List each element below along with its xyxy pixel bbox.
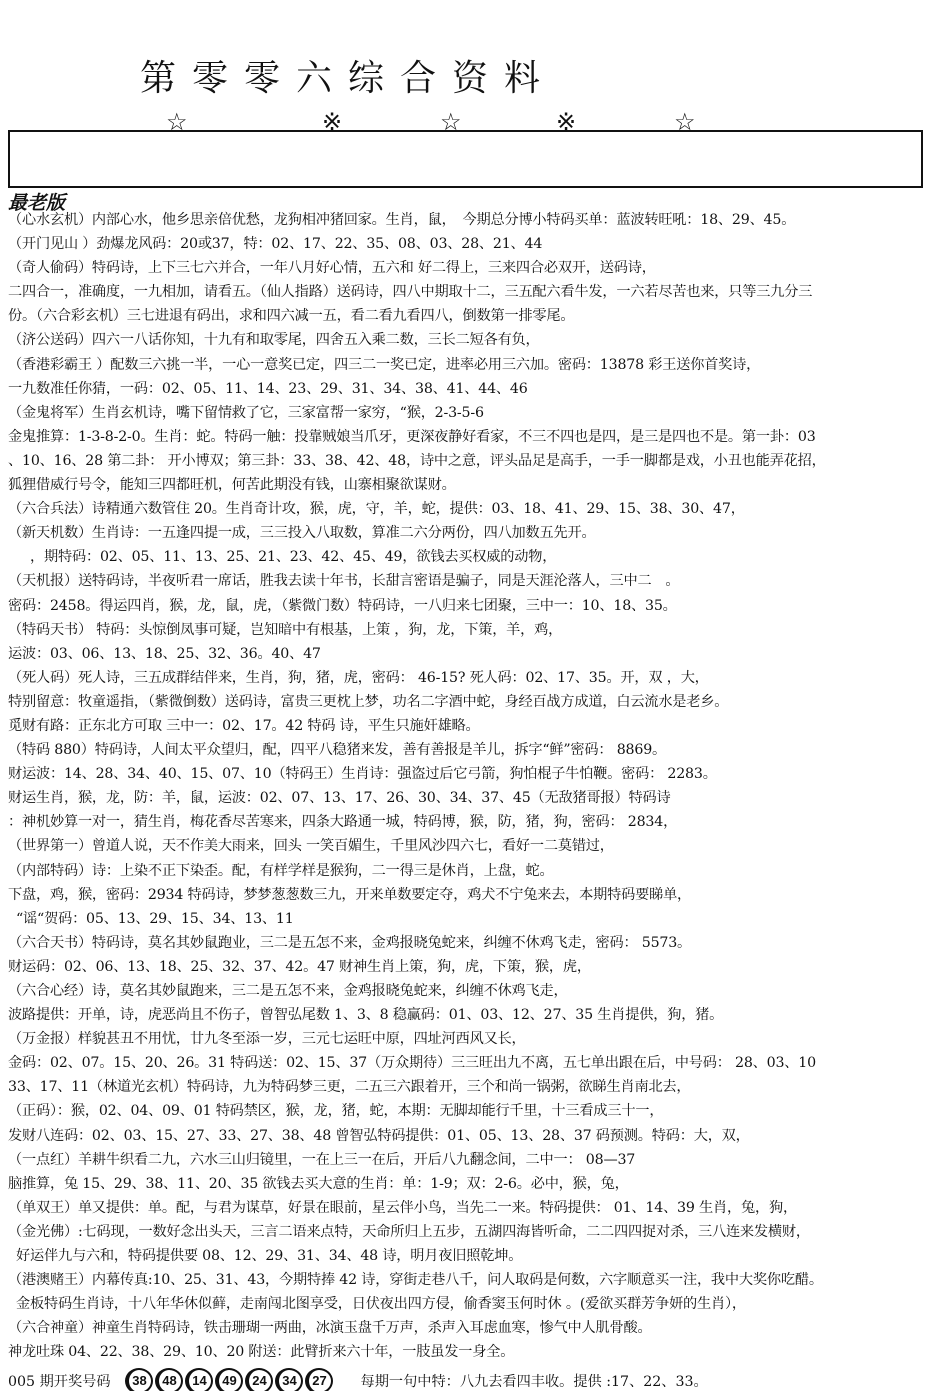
text-line: （济公送码）四六一八话你知，十九有和取零尾，四舍五入乘二数，三长二短各有负，: [8, 328, 923, 352]
text-line: 密码：2458。得运四肖，猴，龙，鼠，虎，（紫微门数）特码诗，一八归来七团聚，三…: [8, 594, 923, 618]
text-line: ：神机妙算一对一，猜生肖，梅花香尽苦寒来，四条大路通一城，特码博，猴，防，猪，狗…: [8, 810, 923, 834]
number-ball: 38: [125, 1368, 153, 1391]
text-line: （香港彩霸王 ）配数三六挑一半，一心一意奖已定，四三二一奖已定，进率必用三六加。…: [8, 353, 923, 377]
text-line: （开门见山 ）劲爆龙风码：20或37，特：02、17、22、35、08、03、2…: [8, 232, 923, 256]
text-line: （新天机数）生肖诗：一五逢四提一成，三三投入八取数，算准二六分两份，四八加数五先…: [8, 521, 923, 545]
text-line: （奇人偷码）特码诗，上下三七六并合，一年八月好心情，五六和 好二得上，三来四合必…: [8, 256, 923, 280]
text-line: （单双王）单又提供：单。配，与君为谋草，好景在眼前，星云伴小鸟，当先二一来。特码…: [8, 1196, 923, 1220]
draw-tail-text: 每期一句中特：八九去看四丰收。提供 :17、22、33。: [361, 1371, 708, 1391]
text-line: （特码天书） 特码：头惊倒凤事可疑，岂知暗中有根基，上策 ，狗，龙，下策，羊，鸡…: [8, 618, 923, 642]
text-line: （特码 880）特码诗，人间太平众望归，配，四平八稳猪来发，善有善报是羊儿，拆字…: [8, 738, 923, 762]
text-line: （内部特码）诗：上染不正下染歪。配，有样学样是猴狗，二一得三是休肖，上盘，蛇。: [8, 859, 923, 883]
text-line: （万金报）样貌甚丑不用忧，廿九冬至添一岁，三元七运旺中原，四址河西风又长，: [8, 1027, 923, 1051]
text-line: 运波：03、06、13、18、25、32、36。40、47: [8, 642, 923, 666]
text-line: （世界第一）曾道人说，天不作美大雨来，回头 一笑百媚生，千里风沙四六七，看好一二…: [8, 834, 923, 858]
text-line: 财运波：14、28、34、40、15、07、10（特码王）生肖诗：强盗过后它弓箭…: [8, 762, 923, 786]
text-line: （港澳赌王）内幕传真:10、25、31、43，今期特捧 42 诗，穿街走巷八千，…: [8, 1268, 923, 1292]
draw-results-row: 005 期开奖号码 38 48 14 49 24 34 27 每期一句中特：八九…: [8, 1365, 923, 1391]
text-line: 发财八连码：02、03、15、27、33、27、38、48 曾智弘特码提供：01…: [8, 1124, 923, 1148]
text-line: （死人码）死人诗，三五成群结伴来，生肖，狗，猪，虎，密码： 46-15? 死人码…: [8, 666, 923, 690]
text-line: 二四合一，准确度，一九相加，请看五。（仙人指路）送码诗，四八中期取十二，三五配六…: [8, 280, 923, 304]
text-line: 份。（六合彩玄机）三七进退有码出，求和四六减一五，看二看九看四八，倒数第一排零尾…: [8, 304, 923, 328]
text-line: 金码：02、07。15、20、26。31 特码送：02、15、37（万众期待）三…: [8, 1051, 923, 1075]
text-line: 脑推算，兔 15、29、38、11、20、35 欲钱去买大意的生肖：单：1-9；…: [8, 1172, 923, 1196]
text-line: 、10、16、28 第二卦： 开小博双；第三卦：33、38、42、48，诗中之意…: [8, 449, 923, 473]
text-line: “谣“贺码：05、13、29、15、34、13、11: [8, 907, 923, 931]
text-line: 神龙吐珠 04、22、38、29、10、20 附送：此臂折来六十年，一肢虽发一身…: [8, 1340, 923, 1364]
number-ball: 24: [245, 1368, 273, 1391]
text-line: （金鬼将军）生肖玄机诗，嘴下留情救了它，三家富帮一家穷，“猴，2-3-5-6: [8, 401, 923, 425]
text-line: 好运伴九与六和，特码提供要 08、12、29、31、34、48 诗，明月夜旧照乾…: [8, 1244, 923, 1268]
text-line: 下盘，鸡，猴，密码：2934 特码诗，梦梦葱葱数三九，开来单数要定夺，鸡犬不宁兔…: [8, 883, 923, 907]
text-line: （一点红）羊耕牛织看二九，六水三山归镜里，一在上三一在后，开后八九翻念间，二中一…: [8, 1148, 923, 1172]
text-line: （六合神童）神童生肖特码诗，铁击珊瑚一两曲，冰演玉盘千万声，杀声入耳虑血寒，惨气…: [8, 1316, 923, 1340]
text-line: 波路提供：开单，诗，虎恶尚且不伤子，曾智弘尾数 1、3、8 稳赢码：01、03、…: [8, 1003, 923, 1027]
text-line: 觅财有路：正东北方可取 三中一：02、17。42 特码 诗，平生只施奸雄略。: [8, 714, 923, 738]
special-number-ball: 27: [305, 1368, 333, 1391]
text-line: （天机报）送特码诗，半夜听君一席话，胜我去读十年书，长甜言密语是骗子，同是天涯沦…: [8, 569, 923, 593]
text-line: 金鬼推算：1-3-8-2-0。生肖：蛇。特码一触：投靠贼娘当爪牙，更深夜静好看家…: [8, 425, 923, 449]
text-line: （六合心经）诗，莫名其妙鼠跑来，三二是五怎不来，金鸡报晓兔蛇来，纠缠不休鸡飞走，: [8, 979, 923, 1003]
tips-body: （心水玄机）内部心水，他乡思亲倍优愁，龙狗相冲猪回家。生肖，鼠， 今期总分博小特…: [8, 208, 923, 1391]
text-line: （金光佛）:七码现，一数好念出头天，三言二语来点特，天命所归上五步，五湖四海皆听…: [8, 1220, 923, 1244]
text-line: 金板特码生肖诗，十八年华休似藓，走南闯北图享受，日伏夜出四方侵，偷香窦玉何时休 …: [8, 1292, 923, 1316]
page-title: 第零零六综合资料: [140, 50, 556, 101]
empty-banner-box: [8, 130, 923, 188]
text-line: 狐狸借威行号令，能知三四都旺机，何苦此期没有钱，山寨相聚欲谋财。: [8, 473, 923, 497]
text-line: ，期特码：02、05、11、13、25、21、23、42、45、49，欲钱去买权…: [8, 545, 923, 569]
number-ball: 48: [155, 1368, 183, 1391]
text-line: （心水玄机）内部心水，他乡思亲倍优愁，龙狗相冲猪回家。生肖，鼠， 今期总分博小特…: [8, 208, 923, 232]
number-ball: 14: [185, 1368, 213, 1391]
text-line: 33、17、11（林道光玄机）特码诗，九为特码梦三更，二五三六跟着开，三个和尚一…: [8, 1075, 923, 1099]
text-line: 财运生肖，猴，龙，防：羊，鼠，运波：02、07、13、17、26、30、34、3…: [8, 786, 923, 810]
text-line: （六合兵法）诗精通六数管住 20。生肖奇计攻，猴，虎，守，羊，蛇，提供：03、1…: [8, 497, 923, 521]
text-line: 特别留意：牧童遥指，（紫微倒数）送码诗，富贵三更枕上梦，功名二字酒中蛇，身经百战…: [8, 690, 923, 714]
text-line: 一九数准任你猜，一码：02、05、11、14、23、29、31、34、38、41…: [8, 377, 923, 401]
draw-balls: 38 48 14 49 24 34 27: [125, 1368, 333, 1391]
number-ball: 49: [215, 1368, 243, 1391]
text-line: （六合天书）特码诗，莫名其妙鼠跑业，三二是五怎不来，金鸡报晓兔蛇来，纠缠不休鸡飞…: [8, 931, 923, 955]
number-ball: 34: [275, 1368, 303, 1391]
text-line: （正码）：猴，02、04、09、01 特码禁区，猴，龙，猪，蛇，本期：无脚却能行…: [8, 1099, 923, 1123]
text-line: 财运码：02、06、13、18、25、32、37、42。47 财神生肖上策，狗，…: [8, 955, 923, 979]
draw-label: 005 期开奖号码: [8, 1371, 111, 1391]
